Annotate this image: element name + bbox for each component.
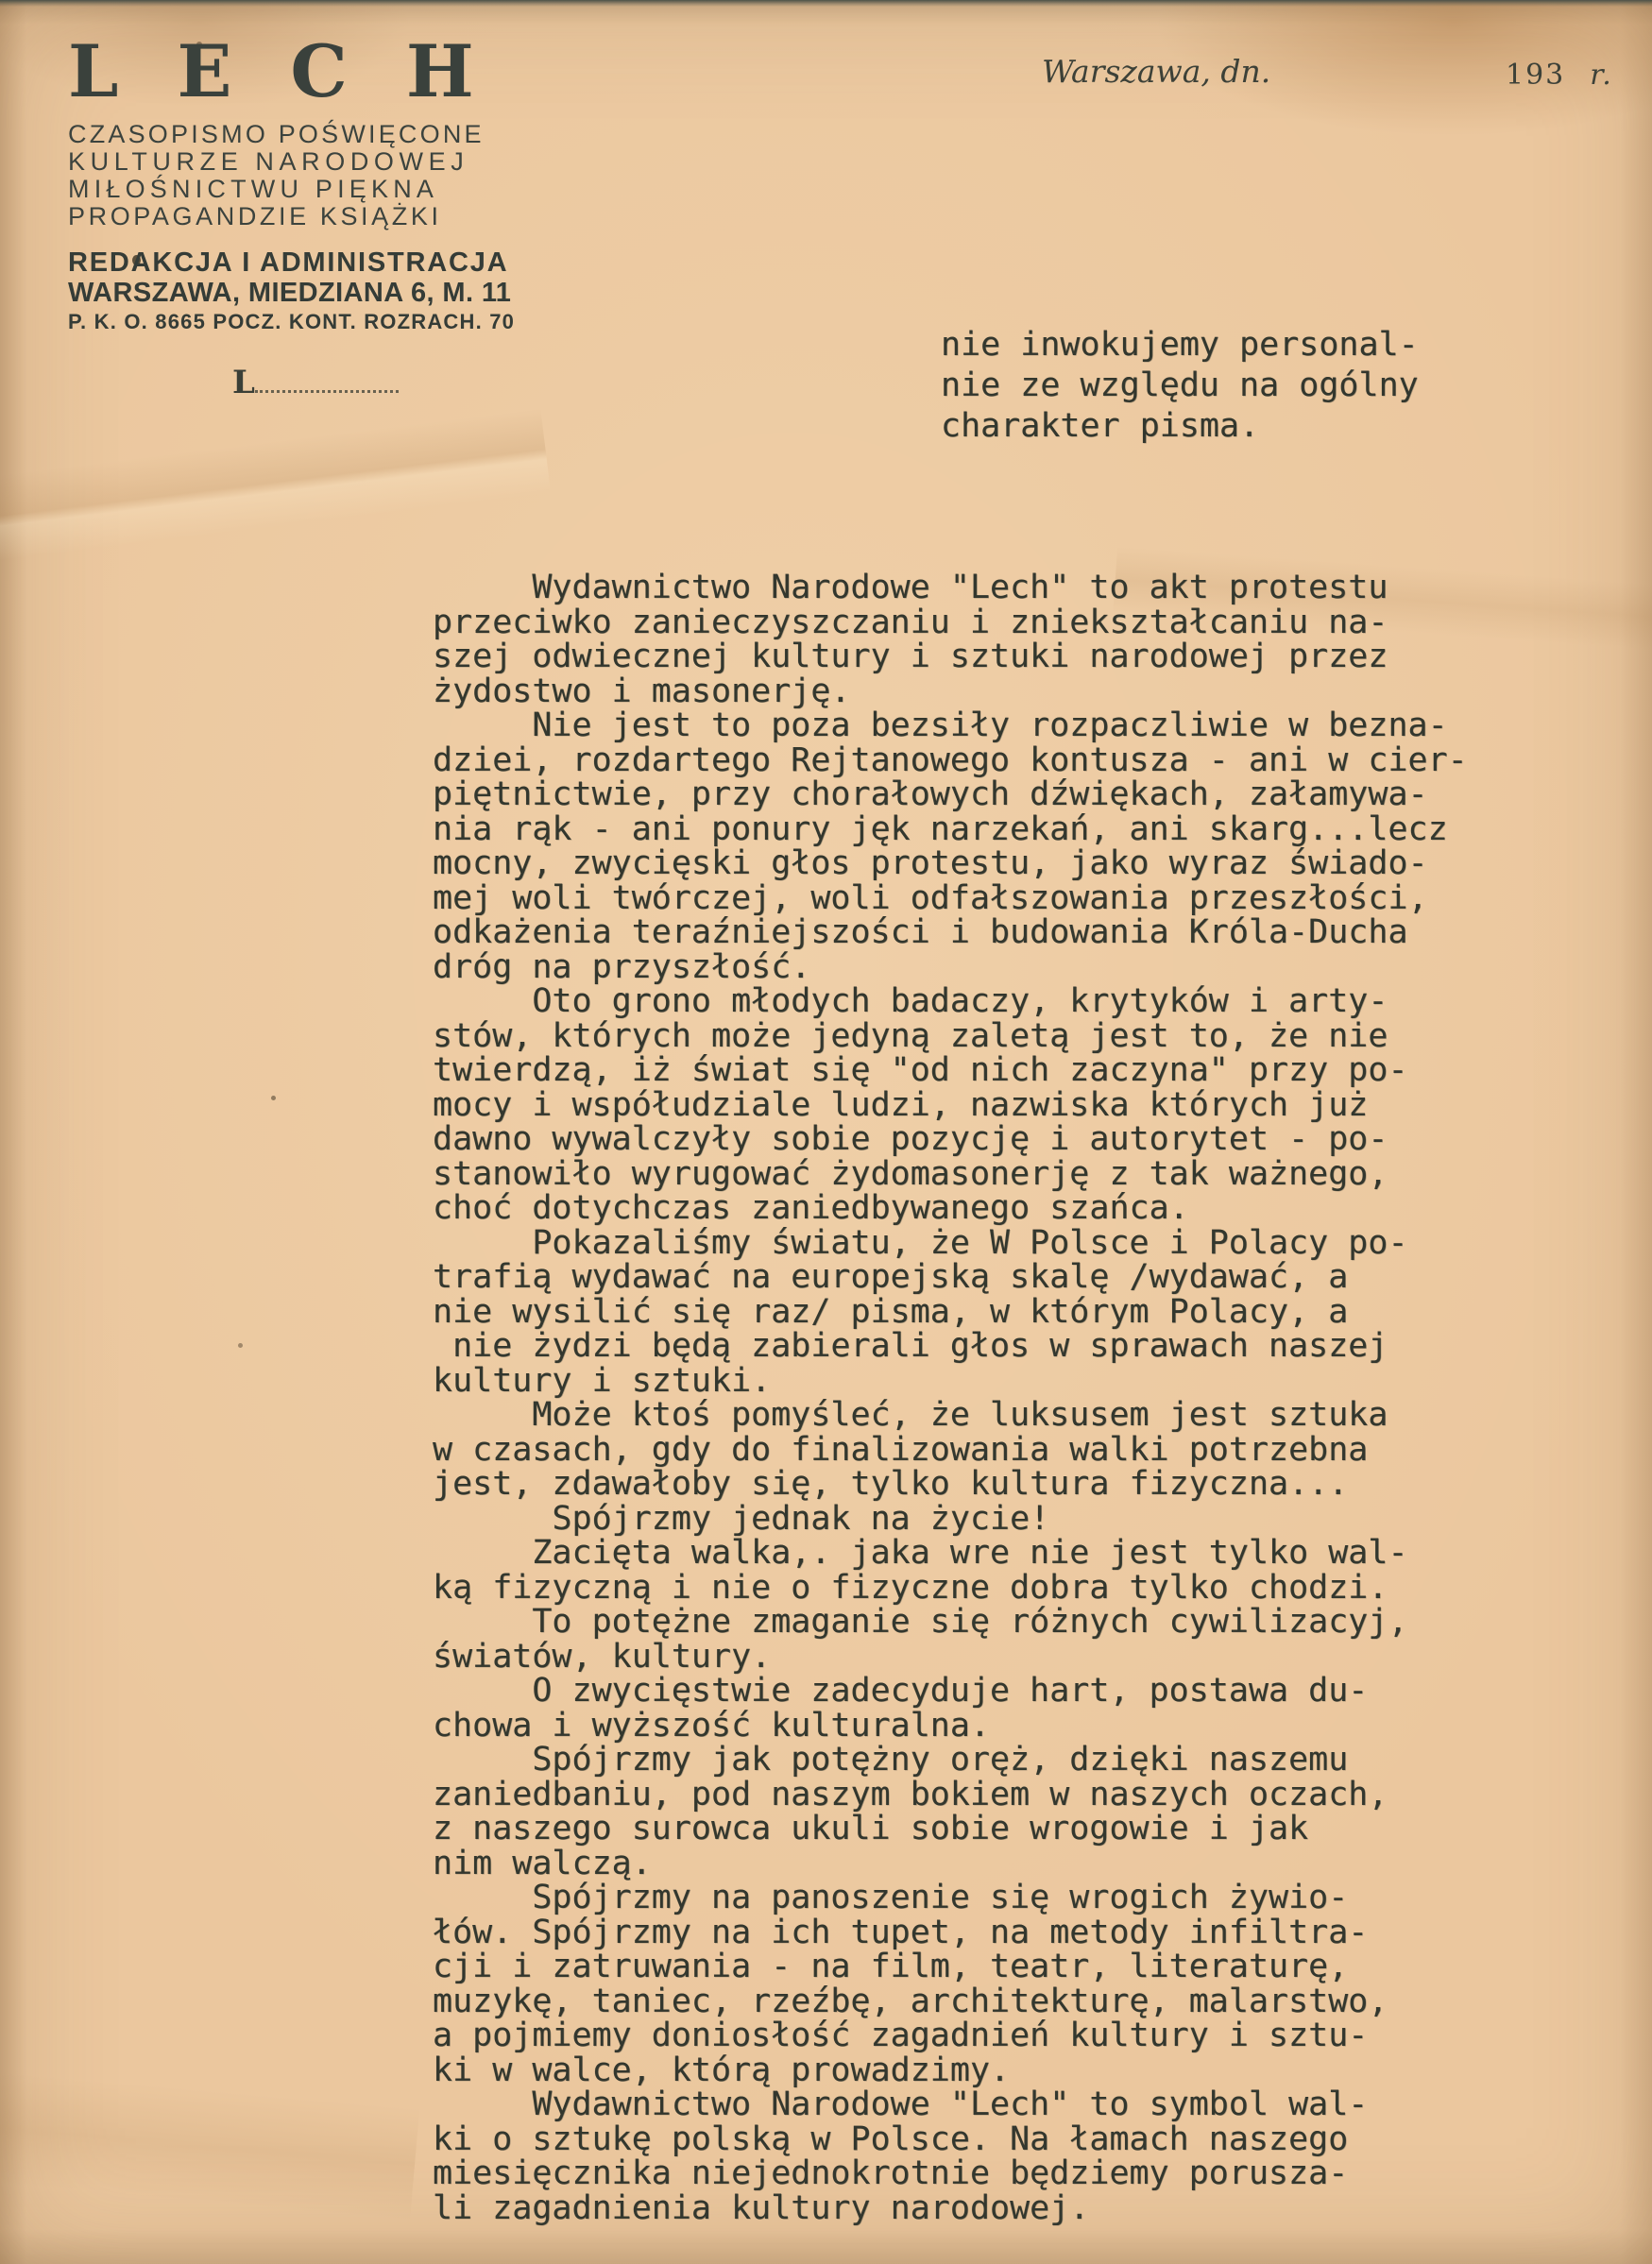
reference-label: L [232,364,255,401]
letter-page: LECH CZASOPISMO POŚWIĘCONE KULTURZE NARO… [0,0,1652,2264]
magazine-taglines: CZASOPISMO POŚWIĘCONE KULTURZE NARODOWEJ… [68,121,533,230]
dateline-year-suffix: r. [1590,59,1613,92]
tagline-line: KULTURZE NARODOWEJ [68,148,533,176]
paper-crease [0,2067,419,2221]
reference-dotted-line [255,367,399,393]
editorial-address: REDAKCJA I ADMINISTRACJA WARSZAWA, MIEDZ… [68,248,533,336]
body-paragraph: Oto grono młodych badaczy, krytyków i ar… [433,984,1542,1226]
dateline-place: Warszawa, dn. [1042,53,1270,90]
dateline-year-digits: 193 [1506,59,1565,92]
dateline-year: 193r. [1506,59,1613,92]
body-paragraph: Może ktoś pomyśleć, że luksusem jest szt… [433,1398,1542,1502]
body-paragraph: Nie jest to poza bezsiły rozpaczliwie w … [433,708,1542,984]
reference-number-blank: L [232,366,399,399]
paper-crease [0,409,551,565]
address-line: P. K. O. 8665 POCZ. KONT. ROZRACH. 70 [68,308,533,336]
typed-margin-note: nie inwokujemy personal- nie ze względu … [941,325,1419,447]
letterhead: LECH CZASOPISMO POŚWIĘCONE KULTURZE NARO… [68,34,533,336]
tagline-line: MIŁOŚNICTWU PIĘKNA [68,176,533,203]
tagline-line: CZASOPISMO POŚWIĘCONE [68,121,533,148]
body-paragraph: To potężne zmaganie się różnych cywiliza… [433,1605,1542,1674]
body-paragraph: Spójrzmy jak potężny oręż, dzięki naszem… [433,1743,1542,1881]
body-paragraph: Zacięta walka,. jaka wre nie jest tylko … [433,1536,1542,1605]
address-line: WARSZAWA, MIEDZIANA 6, M. 11 [68,278,533,308]
body-paragraph: O zwycięstwie zadecyduje hart, postawa d… [433,1674,1542,1743]
tagline-line: PROPAGANDZIE KSIĄŻKI [68,203,533,230]
body-paragraph: Pokazaliśmy światu, że W Polsce i Polacy… [433,1226,1542,1399]
body-paragraph: Spójrzmy jednak na życie! [433,1502,1542,1537]
address-line: REDAKCJA I ADMINISTRACJA [68,248,533,278]
ink-speck [238,1343,243,1348]
scan-top-edge-shadow [0,0,1652,7]
body-paragraph: Wydawnictwo Narodowe "Lech" to symbol wa… [433,2087,1542,2225]
body-paragraph: Spójrzmy na panoszenie się wrogich żywio… [433,1881,1542,2087]
letter-body: Wydawnictwo Narodowe "Lech" to akt prote… [433,570,1542,2225]
ink-speck [271,1096,276,1100]
body-paragraph: Wydawnictwo Narodowe "Lech" to akt prote… [433,570,1542,708]
magazine-title: LECH [68,34,533,110]
